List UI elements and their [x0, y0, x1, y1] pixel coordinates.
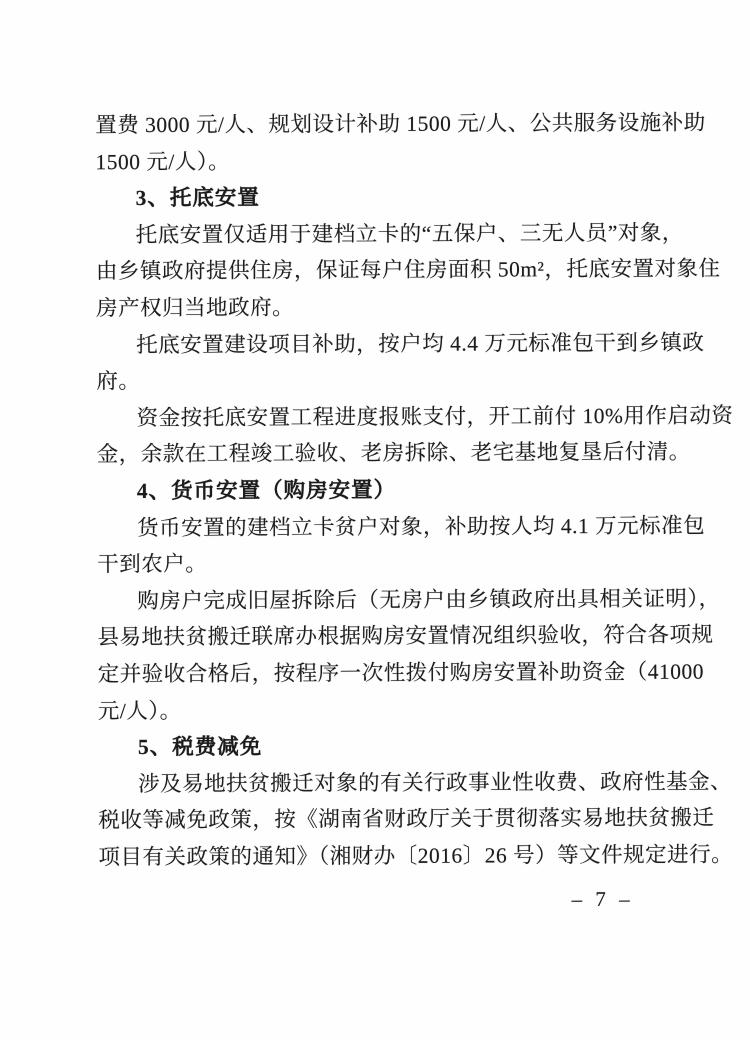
scanned-text-area: 置费 3000 元/人、规划设计补助 1500 元/人、公共服务设施补助 150…: [0, 0, 750, 1040]
section-heading-4: 4、货币安置（购房安置）: [97, 471, 655, 510]
document-page: 置费 3000 元/人、规划设计补助 1500 元/人、公共服务设施补助 150…: [0, 0, 750, 1040]
text-line: 置费 3000 元/人、规划设计补助 1500 元/人、公共服务设施补助: [95, 105, 653, 144]
text-line: 干到农户。: [97, 544, 655, 583]
text-line: 项目有关政策的通知》（湘财办〔2016〕26 号）等文件规定进行。: [98, 837, 656, 876]
text-line: 资金按托底安置工程进度报账支付，开工前付 10%用作启动资: [96, 398, 654, 437]
text-line: 1500 元/人）。: [95, 141, 653, 180]
text-line: 涉及易地扶贫搬迁对象的有关行政事业性收费、政府性基金、: [98, 763, 656, 802]
text-line: 税收等减免政策，按《湖南省财政厅关于贯彻落实易地扶贫搬迁: [98, 800, 656, 839]
text-line: 购房户完成旧屋拆除后（无房户由乡镇政府出具相关证明），: [97, 580, 655, 619]
text-line: 定并验收合格后，按程序一次性拨付购房安置补助资金（41000: [98, 654, 656, 693]
text-line: 托底安置建设项目补助，按户均 4.4 万元标准包干到乡镇政: [96, 324, 654, 363]
text-line: 房产权归当地政府。: [96, 288, 654, 327]
text-line: 元/人）。: [98, 690, 656, 729]
document-body: 置费 3000 元/人、规划设计补助 1500 元/人、公共服务设施补助 150…: [95, 105, 656, 876]
section-heading-5: 5、税费减免: [98, 727, 656, 766]
text-line: 县易地扶贫搬迁联席办根据购房安置情况组织验收，符合各项规: [97, 617, 655, 656]
text-line: 货币安置的建档立卡贫户对象，补助按人均 4.1 万元标准包: [97, 507, 655, 546]
text-line: 由乡镇政府提供住房，保证每户住房面积 50m²，托底安置对象住: [96, 251, 654, 290]
section-heading-3: 3、托底安置: [96, 178, 654, 217]
text-line: 金，余款在工程竣工验收、老房拆除、老宅基地复垦后付清。: [97, 434, 655, 473]
text-line: 府。: [96, 361, 654, 400]
text-line: 托底安置仅适用于建档立卡的“五保户、三无人员”对象，: [96, 215, 654, 254]
page-number: – 7 –: [572, 887, 634, 912]
